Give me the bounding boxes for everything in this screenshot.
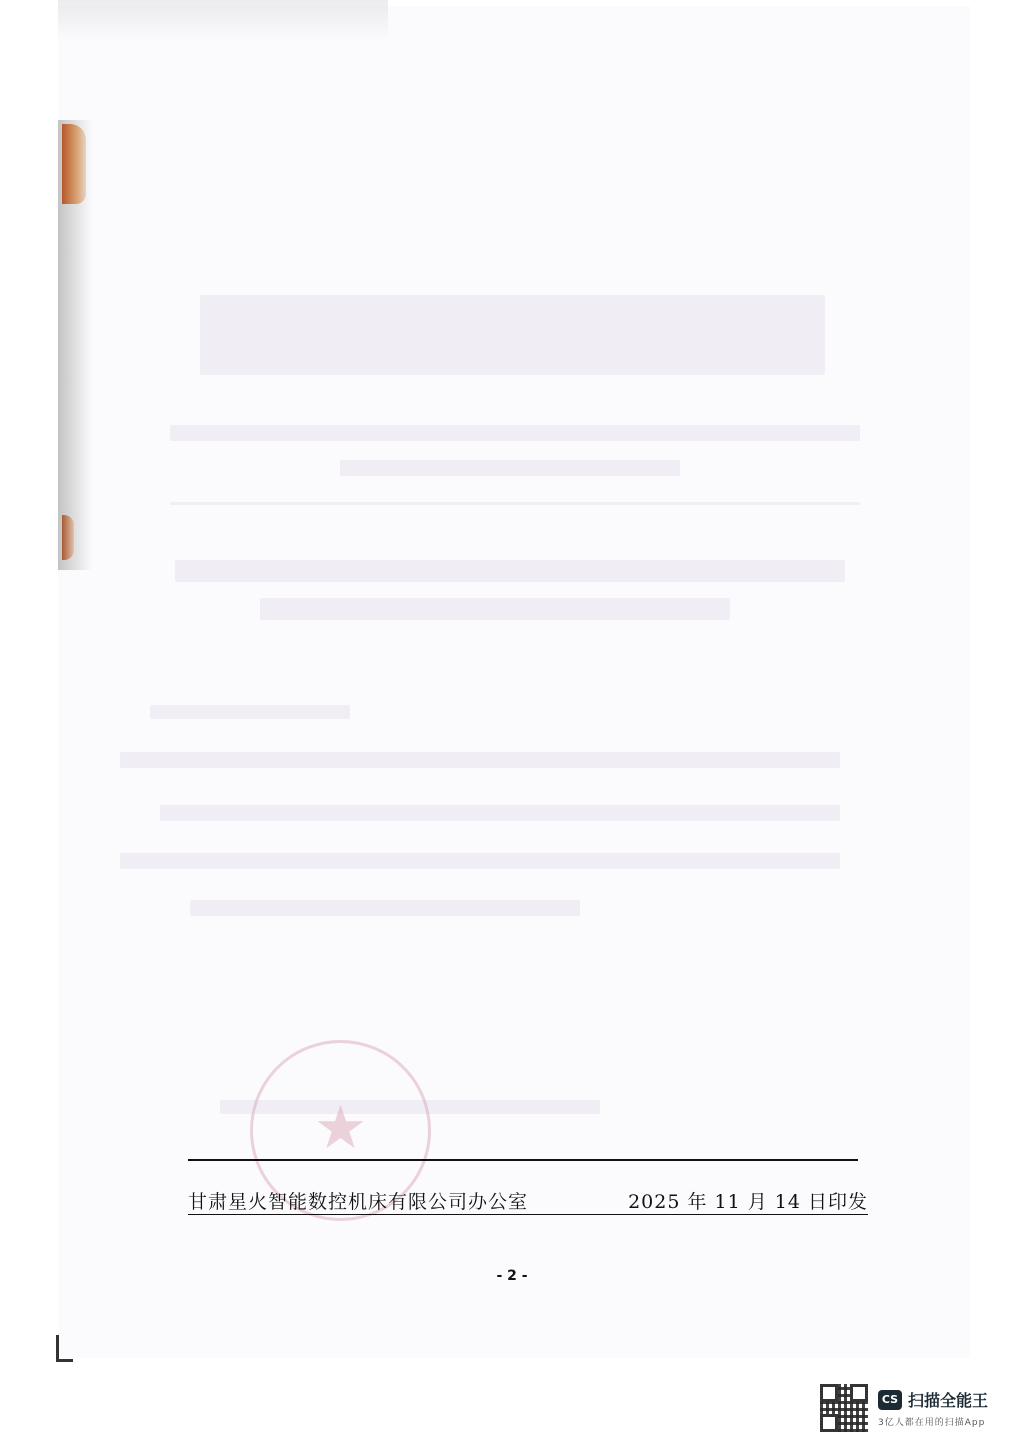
scan-shadow [58, 0, 388, 40]
finger-artifact [62, 515, 74, 560]
finger-artifact [62, 124, 86, 204]
star-icon: ★ [314, 1098, 368, 1158]
scanner-app-name: 扫描全能王 [908, 1388, 988, 1411]
bleed-through-line [170, 425, 860, 441]
scanner-tagline: 3亿人都在用的扫描App [878, 1415, 988, 1428]
bleed-through-line [160, 805, 840, 821]
imprint-issuer: 甘肃星火智能数控机床有限公司办公室 [188, 1187, 528, 1214]
camscanner-logo-icon: CS [878, 1390, 902, 1410]
imprint-line: 甘肃星火智能数控机床有限公司办公室 2025 年 11 月 14 日印发 [188, 1184, 868, 1215]
bleed-through-line [340, 460, 680, 476]
bleed-through-title [200, 295, 825, 375]
qr-code-icon [820, 1384, 868, 1432]
scanner-watermark: CS 扫描全能王 3亿人都在用的扫描App [820, 1380, 1010, 1436]
bleed-through-line [120, 752, 840, 768]
bleed-through-rule [170, 502, 860, 505]
bleed-through-line [150, 705, 350, 719]
bleed-through-line [120, 853, 840, 869]
page-number: - 2 - [0, 1268, 1024, 1284]
bleed-through-line [175, 560, 845, 582]
imprint-top-rule [188, 1159, 858, 1161]
scanned-page [58, 6, 970, 1358]
crop-corner-mark [56, 1335, 73, 1362]
bleed-through-line [260, 598, 730, 620]
bleed-through-line [190, 900, 580, 916]
imprint-date: 2025 年 11 月 14 日印发 [628, 1187, 868, 1214]
